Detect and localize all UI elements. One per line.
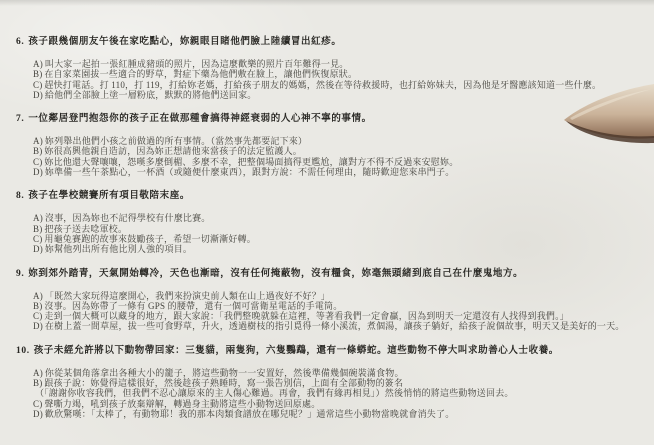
option-line-c: C)用龜兔賽跑的故事來鼓勵孩子，希望一切漸漸好轉。 <box>33 234 646 244</box>
option-line-b: B)把孩子送去唸軍校。 <box>33 224 646 234</box>
option-text: 歡欣驚嘆：「太棒了，有動物耶！我的那本肉類食譜放在哪兒呢？」通常這些小動物當晚就… <box>45 409 455 419</box>
option-line-b-continuation: （「謝謝你收容我們，但我們不忍心讓原來的主人傷心難過。再會，我們有緣再相見」）然… <box>33 388 646 398</box>
question-title: 10.孩子未經允許將以下動物帶回家：三隻貓，兩隻狗，六隻鸚鵡，還有一條蟒蛇。這些… <box>16 346 646 357</box>
question-title: 7.一位鄰居登門抱怨你的孩子正在做那種會搞得神經衰弱的人心神不寧的事情。 <box>16 114 646 125</box>
option-line-c: C)趕快打電話。打 110，打 119，打給妳老媽，打給孩子朋友的媽媽，然後在等… <box>33 80 646 90</box>
option-text: 走到一個大概可以藏身的地方，跟大家說：「我們整晚就躲在這裡，等著看我們一定會贏，… <box>44 311 569 321</box>
options-list: A)妳列舉出他們小孩之前做過的所有事情。（當然事先都要記下來） B)妳很高興他親… <box>16 136 646 177</box>
question-text: 孩子跟幾個朋友午後在家吃點心，妳親眼目睹他們臉上陸續冒出紅疹。 <box>28 37 341 47</box>
option-line-a: A)沒事，因為妳也不記得學校有什麼比賽。 <box>33 213 646 223</box>
option-text: 在自家菜園拔一些適合的野草，對症下藥為他們敷在臉上，讓他們恢復原狀。 <box>44 69 357 79</box>
option-text: 妳比他還大聲嚷嚷，怨嘆多麼倒楣、多麼不幸，把整個場面搞得更尷尬，讓對方不得不反過… <box>44 157 458 167</box>
options-list: A)沒事，因為妳也不記得學校有什麼比賽。 B)把孩子送去唸軍校。 C)用龜兔賽跑… <box>16 213 646 254</box>
option-line-d: D)歡欣驚嘆：「太棒了，有動物耶！我的那本肉類食譜放在哪兒呢？」通常這些小動物當… <box>33 409 646 419</box>
option-label: C) <box>33 311 42 321</box>
option-text: 叫大家一起拍一張紅腫成豬頭的照片，因為這麼歡樂的照片百年難得一見。 <box>45 59 349 69</box>
option-line-a: A)叫大家一起拍一張紅腫成豬頭的照片，因為這麼歡樂的照片百年難得一見。 <box>33 59 646 69</box>
option-text: 把孩子送去唸軍校。 <box>44 224 127 234</box>
question-text: 孩子在學校競賽所有項目敬陪末座。 <box>28 191 190 201</box>
option-line-c: C)妳比他還大聲嚷嚷，怨嘆多麼倒楣、多麼不幸，把整個場面搞得更尷尬，讓對方不得不… <box>33 157 646 167</box>
option-text: 你從某個角落拿出各種大小的籠子，將這些動物一一安置好，然後準備幾個碗裝滿食物。 <box>45 368 404 378</box>
options-list: A)叫大家一起拍一張紅腫成豬頭的照片，因為這麼歡樂的照片百年難得一見。 B)在自… <box>16 59 646 100</box>
option-text: 跟孩子說：妳覺得這樣很好，然後趁孩子熟睡時，寫一張告別信，上面有全部動物的簽名 <box>44 378 403 388</box>
option-text: 妳準備一些午茶點心，一杯酒（或隨便什麼東西），跟對方說：不需任何理由，隨時歡迎您… <box>45 167 455 177</box>
question-text: 孩子未經允許將以下動物帶回家：三隻貓，兩隻狗，六隻鸚鵡，還有一條蟒蛇。這些動物不… <box>34 346 559 356</box>
option-label: B) <box>33 378 42 388</box>
option-label: C) <box>33 80 42 90</box>
option-line-d: D)妳幫他列出所有他比別人強的項目。 <box>33 244 646 254</box>
option-text: 在樹上蓋一間草屋，拔一些可食野草，升火，透過樹枝的指引覓得一條小溪流，煮個湯，讓… <box>45 321 625 331</box>
question-number: 7. <box>16 114 24 124</box>
option-label: D) <box>33 321 43 331</box>
option-line-c: C)聲嘶力竭，吼到孩子放棄辯解，轉過身主動將這些小動物送回原處。 <box>33 399 646 409</box>
option-line-a: A)妳列舉出他們小孩之前做過的所有事情。（當然事先都要記下來） <box>33 136 646 146</box>
book-page: 6.孩子跟幾個朋友午後在家吃點心，妳親眼目睹他們臉上陸續冒出紅疹。 A)叫大家一… <box>0 0 654 445</box>
question-block-7: 7.一位鄰居登門抱怨你的孩子正在做那種會搞得神經衰弱的人心神不寧的事情。 A)妳… <box>16 114 646 177</box>
question-number: 10. <box>16 346 30 356</box>
option-line-c: C)走到一個大概可以藏身的地方，跟大家說：「我們整晚就躲在這裡，等著看我們一定會… <box>33 311 646 321</box>
option-line-a: A)你從某個角落拿出各種大小的籠子，將這些動物一一安置好，然後準備幾個碗裝滿食物… <box>33 368 646 378</box>
question-title: 9.妳到郊外踏青，天氣開始轉冷，天色也漸暗，沒有任何掩蔽物，沒有糧食，妳毫無頭緒… <box>16 269 646 280</box>
option-label: B) <box>33 224 42 234</box>
option-label: A) <box>33 291 43 301</box>
option-text: 妳幫他列出所有他比別人強的項目。 <box>45 244 192 254</box>
option-line-d: D)給他們全部臉上塗一層粉底，默默的將他們送回家。 <box>33 90 646 100</box>
option-text: 趕快打電話。打 110，打 119，打給妳老媽，打給孩子朋友的媽媽，然後在等待救… <box>44 80 601 90</box>
question-block-9: 9.妳到郊外踏青，天氣開始轉冷，天色也漸暗，沒有任何掩蔽物，沒有糧食，妳毫無頭緒… <box>16 269 646 332</box>
option-label: A) <box>33 136 43 146</box>
question-title: 6.孩子跟幾個朋友午後在家吃點心，妳親眼目睹他們臉上陸續冒出紅疹。 <box>16 37 646 48</box>
question-number: 9. <box>16 269 24 279</box>
option-label: A) <box>33 368 43 378</box>
question-text: 妳到郊外踏青，天氣開始轉冷，天色也漸暗，沒有任何掩蔽物，沒有糧食，妳毫無頭緒到底… <box>28 269 523 279</box>
options-list: A)你從某個角落拿出各種大小的籠子，將這些動物一一安置好，然後準備幾個碗裝滿食物… <box>16 368 646 419</box>
option-text: 用龜兔賽跑的故事來鼓勵孩子，希望一切漸漸好轉。 <box>44 234 256 244</box>
option-label: C) <box>33 399 42 409</box>
option-text: 妳列舉出他們小孩之前做過的所有事情。（當然事先都要記下來） <box>45 136 307 146</box>
option-label: C) <box>33 234 42 244</box>
option-line-a: A)「既然大家玩得這麼開心，我們來扮演史前人類在山上過夜好不好？」 <box>33 291 646 301</box>
option-text: 給他們全部臉上塗一層粉底，默默的將他們送回家。 <box>45 90 257 100</box>
question-title: 8.孩子在學校競賽所有項目敬陪末座。 <box>16 191 646 202</box>
option-label: C) <box>33 157 42 167</box>
question-text: 一位鄰居登門抱怨你的孩子正在做那種會搞得神經衰弱的人心神不寧的事情。 <box>28 114 371 124</box>
option-line-d: D)妳準備一些午茶點心，一杯酒（或隨便什麼東西），跟對方說：不需任何理由，隨時歡… <box>33 167 646 177</box>
option-text: 妳很高興他親自造訪，因為妳正想請他來當孩子的法定監護人。 <box>44 146 302 156</box>
option-label: A) <box>33 213 43 223</box>
option-label: D) <box>33 167 43 177</box>
question-number: 8. <box>16 191 24 201</box>
question-number: 6. <box>16 37 24 47</box>
option-line-b: B)在自家菜園拔一些適合的野草，對症下藥為他們敷在臉上，讓他們恢復原狀。 <box>33 69 646 79</box>
option-line-d: D)在樹上蓋一間草屋，拔一些可食野草，升火，透過樹枝的指引覓得一條小溪流，煮個湯… <box>33 321 646 331</box>
option-label: B) <box>33 69 42 79</box>
option-text: （「謝謝你收容我們，但我們不忍心讓原來的主人傷心難過。再會，我們有緣再相見」）然… <box>35 388 514 398</box>
option-text: 「既然大家玩得這麼開心，我們來扮演史前人類在山上過夜好不好？」 <box>45 291 330 301</box>
option-line-b: B)妳很高興他親自造訪，因為妳正想請他來當孩子的法定監護人。 <box>33 146 646 156</box>
option-line-b: B)沒事。因為妳帶了一條有 GPS 的腰帶，還有一個可當衛星電話的手電筒。 <box>33 301 646 311</box>
option-label: D) <box>33 244 43 254</box>
option-text: 沒事，因為妳也不記得學校有什麼比賽。 <box>45 213 211 223</box>
option-label: D) <box>33 90 43 100</box>
option-label: B) <box>33 301 42 311</box>
question-block-8: 8.孩子在學校競賽所有項目敬陪末座。 A)沒事，因為妳也不記得學校有什麼比賽。 … <box>16 191 646 254</box>
option-text: 聲嘶力竭，吼到孩子放棄辯解，轉過身主動將這些小動物送回原處。 <box>44 399 320 409</box>
option-label: B) <box>33 146 42 156</box>
option-label: A) <box>33 59 43 69</box>
question-block-10: 10.孩子未經允許將以下動物帶回家：三隻貓，兩隻狗，六隻鸚鵡，還有一條蟒蛇。這些… <box>16 346 646 419</box>
options-list: A)「既然大家玩得這麼開心，我們來扮演史前人類在山上過夜好不好？」 B)沒事。因… <box>16 291 646 332</box>
option-label: D) <box>33 409 43 419</box>
option-line-b: B)跟孩子說：妳覺得這樣很好，然後趁孩子熟睡時，寫一張告別信，上面有全部動物的簽… <box>33 378 646 388</box>
option-text: 沒事。因為妳帶了一條有 GPS 的腰帶，還有一個可當衛星電話的手電筒。 <box>44 301 342 311</box>
question-block-6: 6.孩子跟幾個朋友午後在家吃點心，妳親眼目睹他們臉上陸續冒出紅疹。 A)叫大家一… <box>16 37 646 100</box>
